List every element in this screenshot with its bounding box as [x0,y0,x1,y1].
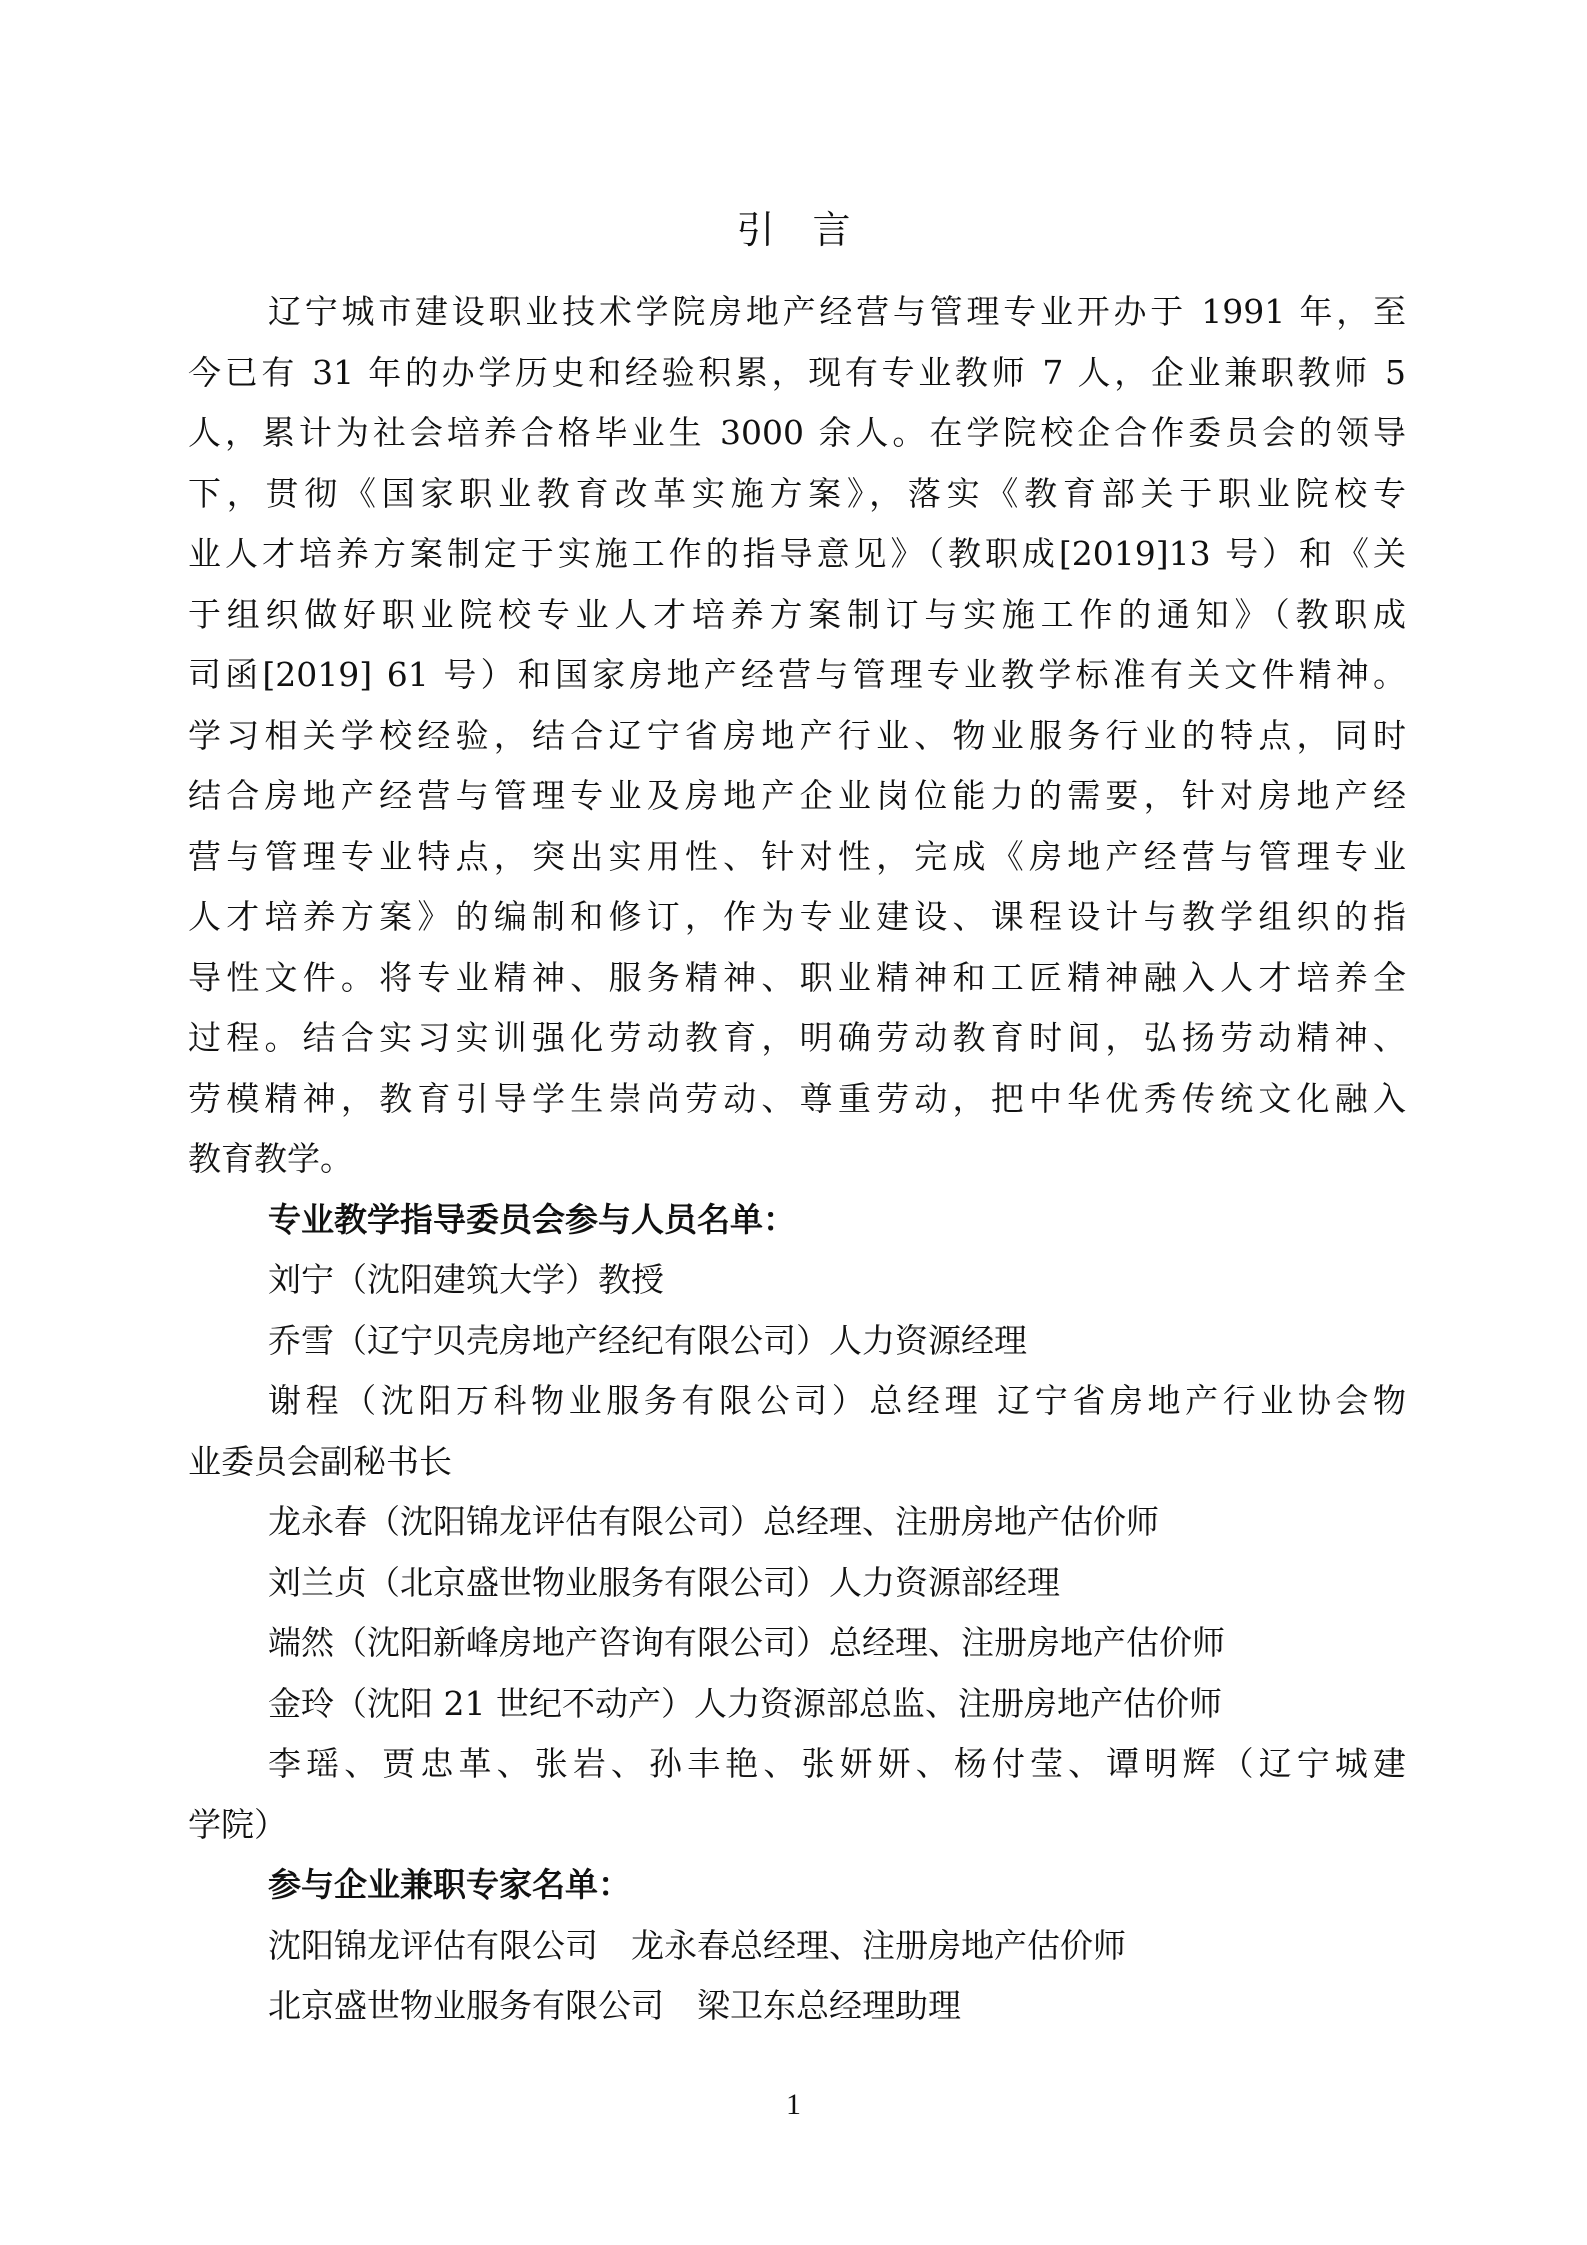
committee-member-continued: 学院） [188,1795,1406,1856]
paragraph-line: 劳模精神，教育引导学生崇尚劳动、尊重劳动，把中华优秀传统文化融入 [188,1069,1406,1130]
committee-heading: 专业教学指导委员会参与人员名单： [188,1190,1406,1251]
paragraph-line: 过程。结合实习实训强化劳动教育，明确劳动教育时间，弘扬劳动精神、 [188,1008,1406,1069]
expert-item: 沈阳锦龙评估有限公司 龙永春总经理、注册房地产估价师 [188,1916,1406,1977]
paragraph-line: 今已有 31 年的办学历史和经验积累，现有专业教师 7 人，企业兼职教师 5 [188,343,1406,404]
committee-member: 谢程（沈阳万科物业服务有限公司）总经理 辽宁省房地产行业协会物 [188,1371,1406,1432]
page-title: 引言 [0,200,1587,260]
committee-member: 刘宁（沈阳建筑大学）教授 [188,1250,1406,1311]
paragraph-line: 人才培养方案》的编制和修订，作为专业建设、课程设计与教学组织的指 [188,887,1406,948]
paragraph-line: 辽宁城市建设职业技术学院房地产经营与管理专业开办于 1991 年，至 [188,282,1406,343]
experts-heading: 参与企业兼职专家名单： [188,1855,1406,1916]
paragraph-line: 司函[2019] 61 号）和国家房地产经营与管理专业教学标准有关文件精神。 [188,645,1406,706]
intro-paragraph: 辽宁城市建设职业技术学院房地产经营与管理专业开办于 1991 年，至 今已有 3… [188,282,1406,1190]
committee-member: 龙永春（沈阳锦龙评估有限公司）总经理、注册房地产估价师 [188,1492,1406,1553]
experts-section: 参与企业兼职专家名单： 沈阳锦龙评估有限公司 龙永春总经理、注册房地产估价师 北… [188,1855,1406,2037]
committee-member-continued: 业委员会副秘书长 [188,1432,1406,1493]
paragraph-line: 学习相关学校经验，结合辽宁省房地产行业、物业服务行业的特点，同时 [188,706,1406,767]
committee-member: 刘兰贞（北京盛世物业服务有限公司）人力资源部经理 [188,1553,1406,1614]
paragraph-line: 下，贯彻《国家职业教育改革实施方案》，落实《教育部关于职业院校专 [188,464,1406,525]
paragraph-line: 导性文件。将专业精神、服务精神、职业精神和工匠精神融入人才培养全 [188,948,1406,1009]
committee-member: 端然（沈阳新峰房地产咨询有限公司）总经理、注册房地产估价师 [188,1613,1406,1674]
paragraph-line: 于组织做好职业院校专业人才培养方案制订与实施工作的通知》（教职成 [188,585,1406,646]
document-body: 辽宁城市建设职业技术学院房地产经营与管理专业开办于 1991 年，至 今已有 3… [188,282,1406,2037]
committee-section: 专业教学指导委员会参与人员名单： 刘宁（沈阳建筑大学）教授 乔雪（辽宁贝壳房地产… [188,1190,1406,1856]
page-number: 1 [0,2085,1587,2125]
paragraph-line: 教育教学。 [188,1129,1406,1190]
committee-member: 金玲（沈阳 21 世纪不动产）人力资源部总监、注册房地产估价师 [188,1674,1406,1735]
committee-member: 李瑶、贾忠革、张岩、孙丰艳、张妍妍、杨付莹、谭明辉（辽宁城建 [188,1734,1406,1795]
expert-item: 北京盛世物业服务有限公司 梁卫东总经理助理 [188,1976,1406,2037]
paragraph-line: 营与管理专业特点，突出实用性、针对性，完成《房地产经营与管理专业 [188,827,1406,888]
paragraph-line: 业人才培养方案制定于实施工作的指导意见》（教职成[2019]13 号）和《关 [188,524,1406,585]
paragraph-line: 结合房地产经营与管理专业及房地产企业岗位能力的需要，针对房地产经 [188,766,1406,827]
paragraph-line: 人，累计为社会培养合格毕业生 3000 余人。在学院校企合作委员会的领导 [188,403,1406,464]
committee-member: 乔雪（辽宁贝壳房地产经纪有限公司）人力资源经理 [188,1311,1406,1372]
